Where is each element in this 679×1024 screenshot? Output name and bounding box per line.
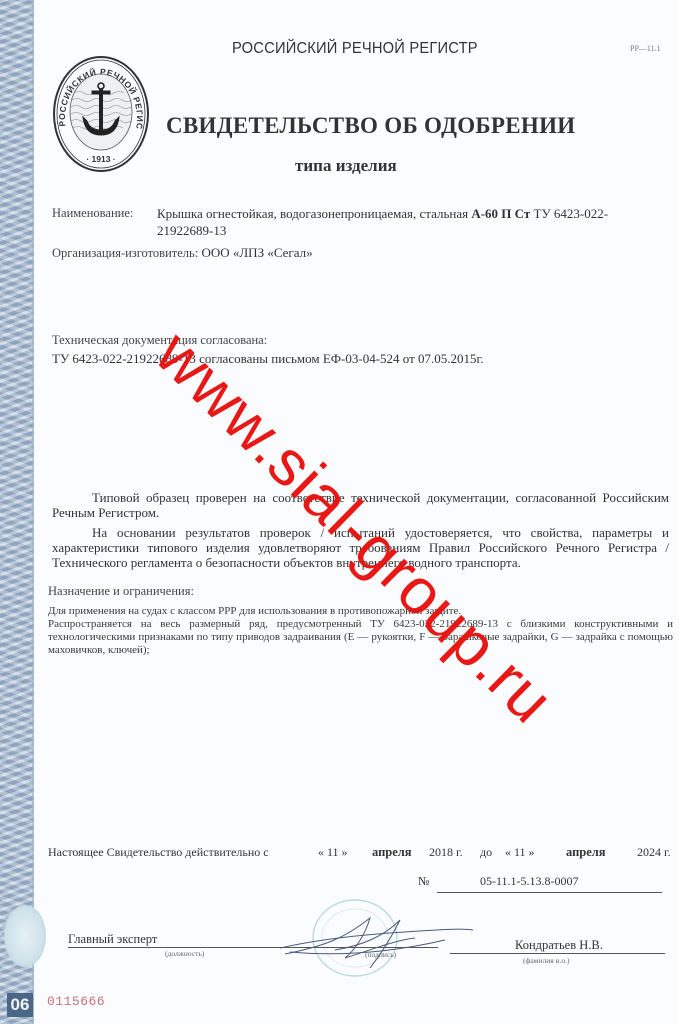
product-label: Наименование: xyxy=(52,206,133,221)
manufacturer: Организация-изготовитель: ООО «ЛПЗ «Сега… xyxy=(52,245,313,261)
validity-to-month: апреля xyxy=(566,845,606,860)
purpose-line-2: Распространяется на весь размерный ряд, … xyxy=(48,618,673,657)
number-symbol: № xyxy=(418,874,429,889)
validity-to-year: 2024 г. xyxy=(637,845,671,860)
tech-docs-value: ТУ 6423-022-21922689-13 согласованы пись… xyxy=(52,351,484,367)
signature-icon xyxy=(275,910,475,970)
validity-from-year: 2018 г. xyxy=(429,845,463,860)
purpose-line-1: Для применения на судах с классом РРР дл… xyxy=(48,605,673,618)
signer-name: Кондратьев Н.В. xyxy=(515,938,603,953)
purpose-label: Назначение и ограничения: xyxy=(48,584,194,599)
product-spec-cont: 21922689-13 xyxy=(157,223,226,238)
validity-from-month: апреля xyxy=(372,845,412,860)
validity-prefix: Настоящее Свидетельство действительно с xyxy=(48,845,269,860)
document-title: СВИДЕТЕЛЬСТВО ОБ ОДОБРЕНИИ xyxy=(166,113,575,139)
product-name: Крышка огнестойкая, водогазонепроницаема… xyxy=(157,205,677,239)
form-code: РР—11.1 xyxy=(630,44,661,53)
product-name-text: Крышка огнестойкая, водогазонепроницаема… xyxy=(157,206,471,221)
validity-to-word: до xyxy=(480,845,492,860)
series-badge: 06 xyxy=(7,993,33,1017)
security-border xyxy=(0,0,34,1024)
manufacturer-value: ООО «ЛПЗ «Сегал» xyxy=(201,245,312,260)
validity-from-day: « 11 » xyxy=(318,845,348,860)
product-spec: ТУ 6423-022- xyxy=(530,206,608,221)
signature-caption: (подпись) xyxy=(365,950,396,959)
svg-text:· 1913 ·: · 1913 · xyxy=(86,154,115,164)
certificate-number: 05-11.1-5.13.8-0007 xyxy=(480,874,579,889)
hologram-sticker xyxy=(4,905,46,967)
manufacturer-label: Организация-изготовитель: xyxy=(52,246,198,260)
validity-to-day: « 11 » xyxy=(505,845,535,860)
name-line xyxy=(450,953,665,954)
name-caption: (фамилия и.о.) xyxy=(523,956,570,965)
registry-seal-icon: РОССИЙСКИЙ РЕЧНОЙ РЕГИСТР · 1913 · xyxy=(52,55,150,173)
document-subtitle: типа изделия xyxy=(295,156,397,176)
number-underline xyxy=(437,892,662,893)
signer-position: Главный эксперт xyxy=(68,932,157,947)
product-model: А-60 П Ст xyxy=(471,206,530,221)
position-caption: (должность) xyxy=(165,949,204,958)
organization-name: РОССИЙСКИЙ РЕЧНОЙ РЕГИСТР xyxy=(232,40,478,58)
serial-number: 0115666 xyxy=(47,994,105,1009)
